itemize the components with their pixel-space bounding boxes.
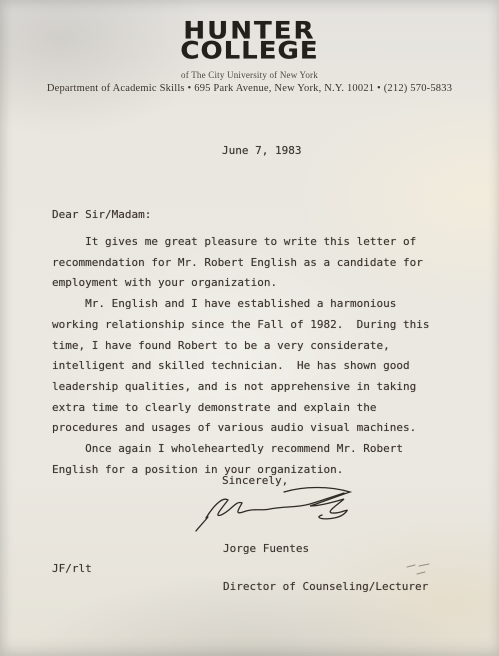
letterhead-tagline: of The City University of New York	[0, 70, 499, 80]
signature-block: Jorge Fuentes Director of Counseling/Lec…	[223, 518, 428, 618]
letter-body: It gives me great pleasure to write this…	[52, 232, 430, 480]
letter-date: June 7, 1983	[222, 144, 301, 157]
signer-title: Director of Counseling/Lecturer	[223, 581, 428, 594]
scanned-letter-page: HUNTER COLLEGE of The City University of…	[0, 0, 499, 656]
pencil-mark	[404, 561, 434, 579]
hunter-college-logo: HUNTER COLLEGE	[0, 21, 499, 61]
letterhead: HUNTER COLLEGE of The City University of…	[0, 0, 499, 94]
typist-reference: JF/rlt	[52, 562, 92, 575]
letter-salutation: Dear Sir/Madam:	[52, 208, 151, 221]
signer-name: Jorge Fuentes	[223, 543, 428, 556]
letterhead-address-line: Department of Academic Skills • 695 Park…	[0, 83, 499, 94]
logo-word-college: COLLEGE	[0, 42, 499, 60]
